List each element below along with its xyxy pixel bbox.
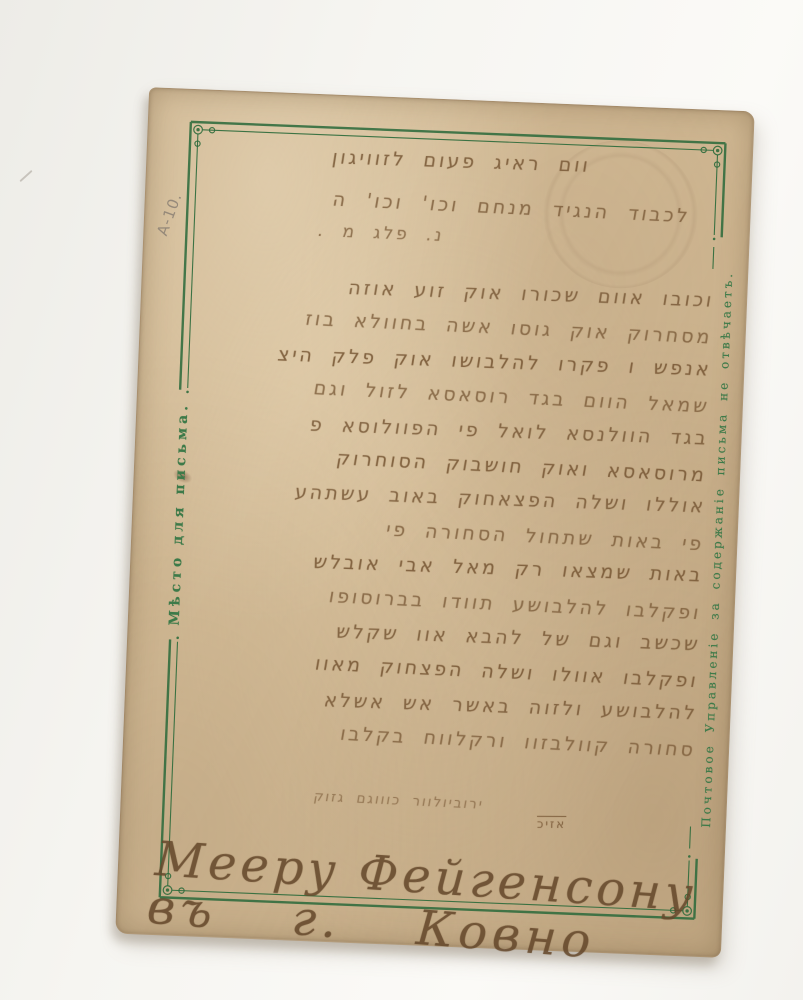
postcard: Мѣсто для письма. Почтовое Управленіе за… xyxy=(115,87,755,958)
message-block: וום ראיג פעום לזוויגון לכבוד הנגיד מנחם … xyxy=(180,136,720,766)
handwriting-body: וכובו אוום שכורו אוק זוע אוזהמסחרוק אוק … xyxy=(180,264,715,766)
handwriting-tiny-note: אזיכ xyxy=(537,817,566,831)
scan-background: Мѣсто для письма. Почтовое Управленіе за… xyxy=(0,0,803,1000)
scan-speck xyxy=(19,170,32,182)
